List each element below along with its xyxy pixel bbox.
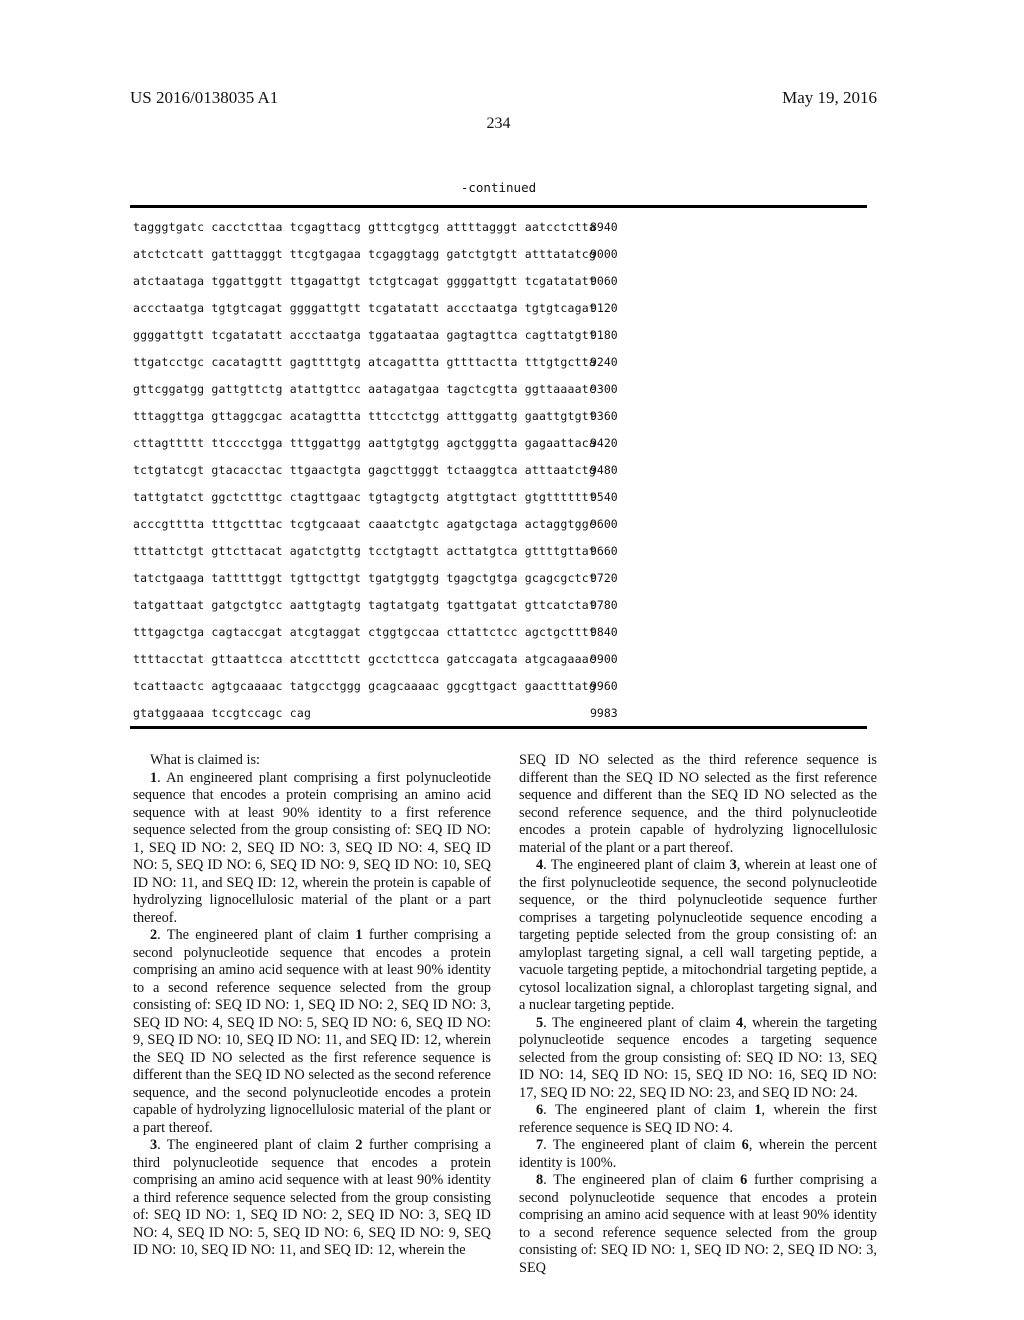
sequence-row: tttattctgt gttcttacat agatctgttg tcctgta… [133, 545, 867, 558]
claim-text: . The engineered plant of claim [543, 1102, 754, 1118]
sequence-text: atctaataga tggattggtt ttgagattgt tctgtca… [133, 275, 590, 288]
claim-number: 6 [742, 1137, 749, 1153]
claim-3-continued: SEQ ID NO selected as the third referenc… [519, 752, 877, 857]
claim-text: . The engineered plant of claim [543, 1015, 736, 1031]
sequence-text: tatgattaat gatgctgtcc aattgtagtg tagtatg… [133, 599, 590, 612]
sequence-text: cttagttttt ttcccctgga tttggattgg aattgtg… [133, 437, 590, 450]
sequence-text: tttgagctga cagtaccgat atcgtaggat ctggtgc… [133, 626, 590, 639]
sequence-text: atctctcatt gatttagggt ttcgtgagaa tcgaggt… [133, 248, 590, 261]
claim-text: further comprising a second polynucleoti… [133, 927, 491, 1136]
sequence-position: 9900 [590, 653, 650, 666]
sequence-position: 9983 [590, 707, 650, 720]
sequence-row: ttgatcctgc cacatagttt gagttttgtg atcagat… [133, 356, 867, 369]
sequence-row: tatctgaaga tatttttggt tgttgcttgt tgatgtg… [133, 572, 867, 585]
sequence-text: gtatggaaaa tccgtccagc cag [133, 707, 590, 720]
sequence-row: tagggtgatc cacctcttaa tcgagttacg gtttcgt… [133, 221, 867, 234]
sequence-row: cttagttttt ttcccctgga tttggattgg aattgtg… [133, 437, 867, 450]
claim-3: 3. The engineered plant of claim 2 furth… [133, 1137, 491, 1260]
claim-text: SEQ ID NO selected as the third referenc… [519, 752, 877, 856]
sequence-row: atctaataga tggattggtt ttgagattgt tctgtca… [133, 275, 867, 288]
sequence-position: 9060 [590, 275, 650, 288]
patent-number: US 2016/0138035 A1 [130, 88, 278, 108]
sequence-text: tcattaactc agtgcaaaac tatgcctggg gcagcaa… [133, 680, 590, 693]
sequence-position: 9540 [590, 491, 650, 504]
claim-text: . The engineered plant of claim [543, 857, 729, 873]
claim-text: . The engineered plant of claim [157, 1137, 355, 1153]
claim-number: 1 [355, 927, 362, 943]
claims-section: What is claimed is:1. An engineered plan… [133, 752, 877, 1277]
continued-label: -continued [130, 180, 867, 195]
claim-text: . The engineered plant of claim [157, 927, 355, 943]
sequence-text: gttcggatgg gattgttctg atattgttcc aatagat… [133, 383, 590, 396]
sequence-position: 9420 [590, 437, 650, 450]
sequence-position: 9360 [590, 410, 650, 423]
sequence-text: ttgatcctgc cacatagttt gagttttgtg atcagat… [133, 356, 590, 369]
claim-number: 3 [730, 857, 737, 873]
sequence-row: tattgtatct ggctctttgc ctagttgaac tgtagtg… [133, 491, 867, 504]
sequence-text: tatctgaaga tatttttggt tgttgcttgt tgatgtg… [133, 572, 590, 585]
claim-text: . An engineered plant comprising a first… [133, 770, 491, 926]
table-bottom-rule [130, 726, 867, 729]
table-top-rule [130, 205, 867, 208]
sequence-row: accctaatga tgtgtcagat ggggattgtt tcgatat… [133, 302, 867, 315]
page-number: 234 [130, 115, 867, 133]
claim-2: 2. The engineered plant of claim 1 furth… [133, 927, 491, 1137]
sequence-text: ggggattgtt tcgatatatt accctaatga tggataa… [133, 329, 590, 342]
sequence-row: gttcggatgg gattgttctg atattgttcc aatagat… [133, 383, 867, 396]
sequence-position: 9240 [590, 356, 650, 369]
sequence-text: accctaatga tgtgtcagat ggggattgtt tcgatat… [133, 302, 590, 315]
sequence-row: acccgtttta tttgctttac tcgtgcaaat caaatct… [133, 518, 867, 531]
publication-date: May 19, 2016 [782, 88, 877, 108]
sequence-text: tagggtgatc cacctcttaa tcgagttacg gtttcgt… [133, 221, 590, 234]
sequence-text: tttaggttga gttaggcgac acatagttta tttcctc… [133, 410, 590, 423]
sequence-text: acccgtttta tttgctttac tcgtgcaaat caaatct… [133, 518, 590, 531]
sequence-position: 8940 [590, 221, 650, 234]
sequence-row: ttttacctat gttaattcca atcctttctt gcctctt… [133, 653, 867, 666]
sequence-row: gtatggaaaa tccgtccagc cag9983 [133, 707, 867, 720]
claim-7: 7. The engineered plant of claim 6, wher… [519, 1137, 877, 1172]
claim-1: 1. An engineered plant comprising a firs… [133, 770, 491, 928]
page-header: US 2016/0138035 A1 May 19, 2016 [130, 88, 877, 108]
sequence-position: 9180 [590, 329, 650, 342]
claims-left-column: What is claimed is:1. An engineered plan… [133, 752, 491, 1277]
sequence-position: 9840 [590, 626, 650, 639]
claim-4: 4. The engineered plant of claim 3, wher… [519, 857, 877, 1015]
sequence-row: tttgagctga cagtaccgat atcgtaggat ctggtgc… [133, 626, 867, 639]
claim-text: What is claimed is: [150, 752, 260, 768]
sequence-position: 9120 [590, 302, 650, 315]
sequence-position: 9480 [590, 464, 650, 477]
sequence-text: tctgtatcgt gtacacctac ttgaactgta gagcttg… [133, 464, 590, 477]
claim-8: 8. The engineered plan of claim 6 furthe… [519, 1172, 877, 1277]
claim-text: , wherein at least one of the first poly… [519, 857, 877, 1013]
sequence-row: tcattaactc agtgcaaaac tatgcctggg gcagcaa… [133, 680, 867, 693]
claim-number: 1 [754, 1102, 761, 1118]
sequence-text: tattgtatct ggctctttgc ctagttgaac tgtagtg… [133, 491, 590, 504]
claims-intro: What is claimed is: [133, 752, 491, 770]
sequence-text: ttttacctat gttaattcca atcctttctt gcctctt… [133, 653, 590, 666]
sequence-position: 9960 [590, 680, 650, 693]
claim-text: . The engineered plan of claim [543, 1172, 740, 1188]
sequence-position: 9780 [590, 599, 650, 612]
sequence-position: 9300 [590, 383, 650, 396]
sequence-position: 9660 [590, 545, 650, 558]
sequence-row: tatgattaat gatgctgtcc aattgtagtg tagtatg… [133, 599, 867, 612]
sequence-row: tttaggttga gttaggcgac acatagttta tttcctc… [133, 410, 867, 423]
claim-text: further comprising a third polynucleotid… [133, 1137, 491, 1258]
sequence-text: tttattctgt gttcttacat agatctgttg tcctgta… [133, 545, 590, 558]
sequence-position: 9000 [590, 248, 650, 261]
claim-number: 2 [355, 1137, 362, 1153]
sequence-row: tctgtatcgt gtacacctac ttgaactgta gagcttg… [133, 464, 867, 477]
claim-6: 6. The engineered plant of claim 1, wher… [519, 1102, 877, 1137]
sequence-row: atctctcatt gatttagggt ttcgtgagaa tcgaggt… [133, 248, 867, 261]
claim-text: . The engineered plant of claim [543, 1137, 742, 1153]
sequence-position: 9600 [590, 518, 650, 531]
sequence-row: ggggattgtt tcgatatatt accctaatga tggataa… [133, 329, 867, 342]
claims-right-column: SEQ ID NO selected as the third referenc… [519, 752, 877, 1277]
sequence-position: 9720 [590, 572, 650, 585]
claim-5: 5. The engineered plant of claim 4, wher… [519, 1015, 877, 1103]
patent-page: US 2016/0138035 A1 May 19, 2016 234 -con… [0, 0, 1024, 1320]
sequence-listing-table: tagggtgatc cacctcttaa tcgagttacg gtttcgt… [133, 221, 867, 734]
